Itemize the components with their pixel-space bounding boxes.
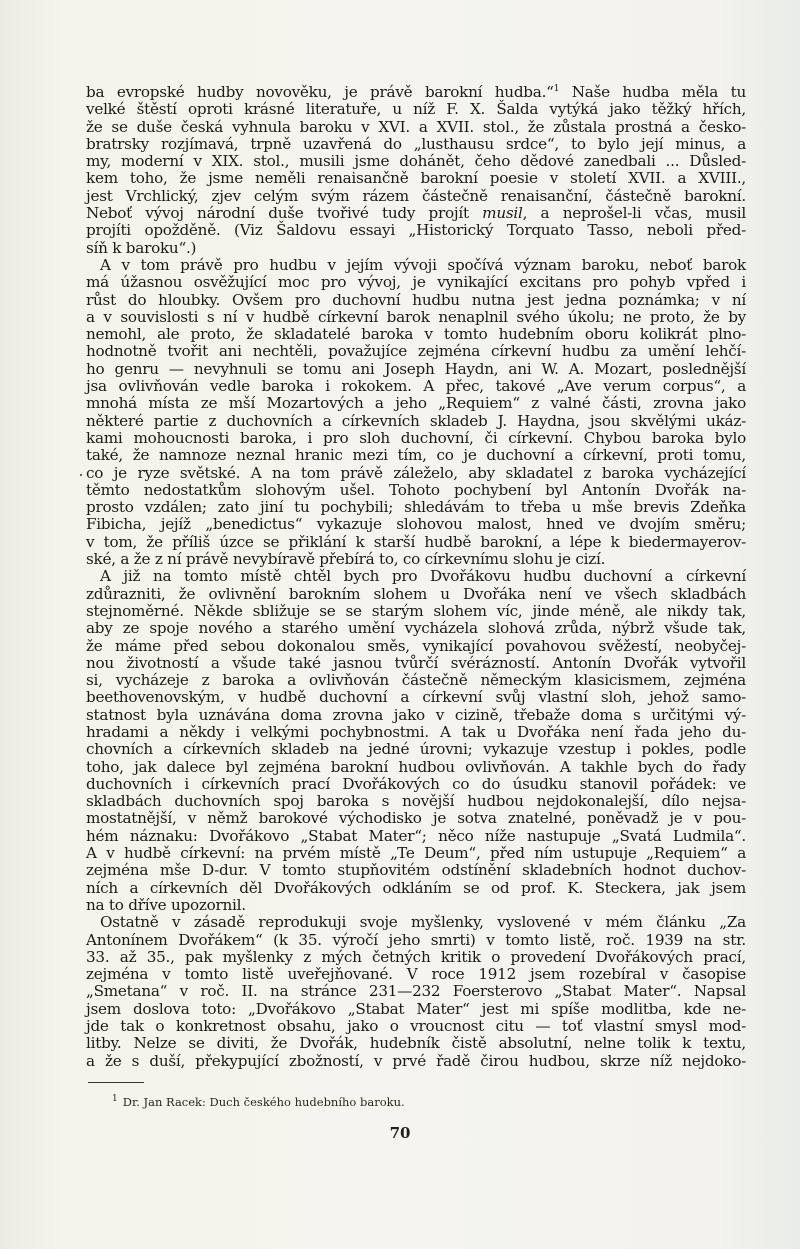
line-text: A již na tomto místě chtěl bych pro Dvoř… [100,567,746,585]
text-line: Fibicha, jejíž „benedictus“ vykazuje slo… [86,516,746,533]
line-text-continued: , a neprošel-li včas, musil [523,204,746,222]
line-text: zejména mše D-dur. V tomto stupňovitém o… [86,861,746,879]
line-text: také, že namnoze neznal hranic mezi tím,… [86,446,746,464]
text-line: Ostatně v zásadě reprodukuji svoje myšle… [86,914,746,931]
text-line: A již na tomto místě chtěl bych pro Dvoř… [86,568,746,585]
line-text: si, vycházeje z baroka a ovlivňován část… [86,671,746,689]
text-line: hradami a někdy i velkými pochybnostmi. … [86,724,746,741]
text-line: 33. až 35., pak myšlenky z mých četných … [86,949,746,966]
line-text: chovních a církevních skladeb na jedné ú… [86,740,746,758]
line-text: jest Vrchlický, zjev celým svým rázem čá… [86,187,746,205]
text-line: jde tak o konkretnost obsahu, jako o vro… [86,1018,746,1035]
line-text: prosto vzdálen; zato jiní tu pochybili; … [86,498,746,516]
text-line: že se duše česká vyhnula baroku v XVI. a… [86,119,746,136]
line-text: ho genru — nevyhnuli se tomu ani Joseph … [86,360,746,378]
body-text: ba evropské hudby novověku, je právě bar… [86,84,746,1070]
page-number: 70 [0,1124,800,1142]
text-line: Antonínem Dvořákem“ (k 35. výročí jeho s… [86,932,746,949]
text-line: stejnoměrné. Někde sbližuje se se starým… [86,603,746,620]
line-text-continued: Naše hudba měla tu [559,83,746,101]
text-line: nemohl, ale proto, že skladatelé baroka … [86,326,746,343]
italic-text: musil [482,204,522,222]
text-line: duchovních i církevních prací Dvořákovýc… [86,776,746,793]
text-line: jest Vrchlický, zjev celým svým rázem čá… [86,188,746,205]
line-text: jsem doslova toto: „Dvořákovo „Stabat Ma… [86,1000,746,1018]
text-line: růst do hloubky. Ovšem pro duchovní hudb… [86,292,746,309]
text-line: chovních a církevních skladeb na jedné ú… [86,741,746,758]
line-text: aby ze spoje nového a starého umění vych… [86,619,746,637]
line-text: zejména v tomto listě uveřejňované. V ro… [86,965,746,983]
text-line: ho genru — nevyhnuli se tomu ani Joseph … [86,361,746,378]
text-line: my, moderní v XIX. stol., musili jsme do… [86,153,746,170]
text-line: projíti opožděně. (Viz Šaldovu essayi „H… [86,222,746,239]
line-text: jsa ovlivňován vedle baroka i rokokem. A… [86,377,746,395]
line-text: kami mohoucnosti baroka, i pro sloh duch… [86,429,746,447]
text-line: mostatnější, v němž barokové východisko … [86,810,746,827]
line-text: A v tom právě pro hudbu v jejím vývoji s… [100,256,746,274]
line-text: na to dříve upozornil. [86,896,246,914]
text-line: mnohá místa ze mší Mozartových a jeho „R… [86,395,746,412]
text-line: nou životností a všude také jasnou tvůrč… [86,655,746,672]
footnote-text: Dr. Jan Racek: Duch českého hudebního ba… [123,1095,405,1109]
text-line: ba evropské hudby novověku, je právě bar… [86,84,746,101]
footnote-divider [88,1082,144,1083]
line-text: těmto nedostatkům slohovým ušel. Tohoto … [86,481,746,499]
line-text: že máme před sebou dokonalou směs, vynik… [86,637,746,655]
text-line: má úžasnou osvěžující moc pro vývoj, je … [86,274,746,291]
line-text: ba evropské hudby novověku, je právě bar… [86,83,554,101]
line-text: a v souvislosti s ní v hudbě církevní ba… [86,308,746,326]
line-text: mnohá místa ze mší Mozartových a jeho „R… [86,394,746,412]
text-line: jsa ovlivňován vedle baroka i rokokem. A… [86,378,746,395]
text-line: kami mohoucnosti baroka, i pro sloh duch… [86,430,746,447]
line-text: 33. až 35., pak myšlenky z mých četných … [86,948,746,966]
line-text: my, moderní v XIX. stol., musili jsme do… [86,152,746,170]
line-text: a že s duší, překypující zbožností, v pr… [86,1052,746,1070]
line-text: bratrsky rozjímavá, trpně uzavřená do „l… [86,135,746,153]
line-text: beethovenovským, v hudbě duchovní a círk… [86,688,746,706]
line-text: Neboť vývoj národní duše tvořivé tudy pr… [86,204,482,222]
text-line: kem toho, že jsme neměli renaisančně bar… [86,170,746,187]
line-text: A v hudbě církevní: na prvém místě „Te D… [86,844,746,862]
book-page: ba evropské hudby novověku, je právě bar… [0,0,800,1249]
line-text: kem toho, že jsme neměli renaisančně bar… [86,169,746,187]
line-text: růst do hloubky. Ovšem pro duchovní hudb… [86,291,746,309]
text-line: ních a církevních děl Dvořákových odklán… [86,880,746,897]
line-text: velké štěstí oproti krásné literatuře, u… [86,100,746,118]
text-line: hodnotně tvořit ani nechtěli, považujíce… [86,343,746,360]
line-text: má úžasnou osvěžující moc pro vývoj, je … [86,273,746,291]
text-line: jsem doslova toto: „Dvořákovo „Stabat Ma… [86,1001,746,1018]
line-text: duchovních i církevních prací Dvořákovýc… [86,775,746,793]
text-line: na to dříve upozornil. [86,897,746,914]
line-text: zdůrazniti, že ovlivnění barokním slohem… [86,585,746,603]
line-text: ské, a že z ní právě nevybíravě přebírá … [86,550,605,568]
text-line: skladbách duchovních spoj baroka s nověj… [86,793,746,810]
text-line: také, že namnoze neznal hranic mezi tím,… [86,447,746,464]
text-line: ské, a že z ní právě nevybíravě přebírá … [86,551,746,568]
text-line: těmto nedostatkům slohovým ušel. Tohoto … [86,482,746,499]
line-text: ních a církevních děl Dvořákových odklán… [86,879,746,897]
line-text: co je ryze světské. A na tom právě zálež… [86,464,746,482]
text-line: zejména v tomto listě uveřejňované. V ro… [86,966,746,983]
text-line: v tom, že příliš úzce se přiklání k star… [86,534,746,551]
line-text: hodnotně tvořit ani nechtěli, považujíce… [86,342,746,360]
text-line: prosto vzdálen; zato jiní tu pochybili; … [86,499,746,516]
text-line: síň k baroku“.) [86,240,746,257]
text-line: že máme před sebou dokonalou směs, vynik… [86,638,746,655]
line-text: toho, jak dalece byl zejména barokní hud… [86,758,746,776]
line-text: nemohl, ale proto, že skladatelé baroka … [86,325,746,343]
text-line: co je ryze světské. A na tom právě zálež… [86,465,746,482]
footnote-number: 1 [112,1094,118,1104]
text-line: A v tom právě pro hudbu v jejím vývoji s… [86,257,746,274]
line-text: Ostatně v zásadě reprodukuji svoje myšle… [100,913,746,931]
line-text: stejnoměrné. Někde sbližuje se se starým… [86,602,746,620]
text-line: statnost byla uznávána doma zrovna jako … [86,707,746,724]
text-line: velké štěstí oproti krásné literatuře, u… [86,101,746,118]
footnote: 1Dr. Jan Racek: Duch českého hudebního b… [112,1092,405,1109]
text-line: si, vycházeje z baroka a ovlivňován část… [86,672,746,689]
line-text: Fibicha, jejíž „benedictus“ vykazuje slo… [86,515,746,533]
line-text: projíti opožděně. (Viz Šaldovu essayi „H… [86,221,746,239]
text-line: a že s duší, překypující zbožností, v pr… [86,1053,746,1070]
line-text: hém náznaku: Dvořákovo „Stabat Mater“; n… [86,827,746,845]
line-text: v tom, že příliš úzce se přiklání k star… [86,533,746,551]
line-text: hradami a někdy i velkými pochybnostmi. … [86,723,746,741]
line-text: některé partie z duchovních a církevních… [86,412,746,430]
text-line: zdůrazniti, že ovlivnění barokním slohem… [86,586,746,603]
line-text: nou životností a všude také jasnou tvůrč… [86,654,746,672]
margin-mark [80,474,82,476]
text-line: toho, jak dalece byl zejména barokní hud… [86,759,746,776]
text-line: beethovenovským, v hudbě duchovní a círk… [86,689,746,706]
text-line: aby ze spoje nového a starého umění vych… [86,620,746,637]
text-line: některé partie z duchovních a církevních… [86,413,746,430]
text-line: bratrsky rozjímavá, trpně uzavřená do „l… [86,136,746,153]
line-text: litby. Nelze se diviti, že Dvořák, hudeb… [86,1034,746,1052]
line-text: že se duše česká vyhnula baroku v XVI. a… [86,118,746,136]
text-line: zejména mše D-dur. V tomto stupňovitém o… [86,862,746,879]
line-text: Antonínem Dvořákem“ (k 35. výročí jeho s… [86,931,746,949]
line-text: statnost byla uznávána doma zrovna jako … [86,706,746,724]
line-text: mostatnější, v němž barokové východisko … [86,809,746,827]
line-text: jde tak o konkretnost obsahu, jako o vro… [86,1017,746,1035]
text-line: a v souvislosti s ní v hudbě církevní ba… [86,309,746,326]
text-line: „Smetana“ v roč. II. na stránce 231—232 … [86,983,746,1000]
line-text: „Smetana“ v roč. II. na stránce 231—232 … [86,982,746,1000]
text-line: litby. Nelze se diviti, že Dvořák, hudeb… [86,1035,746,1052]
text-line: hém náznaku: Dvořákovo „Stabat Mater“; n… [86,828,746,845]
text-line: A v hudbě církevní: na prvém místě „Te D… [86,845,746,862]
line-text: síň k baroku“.) [86,239,196,257]
line-text: skladbách duchovních spoj baroka s nověj… [86,792,746,810]
text-line: Neboť vývoj národní duše tvořivé tudy pr… [86,205,746,222]
